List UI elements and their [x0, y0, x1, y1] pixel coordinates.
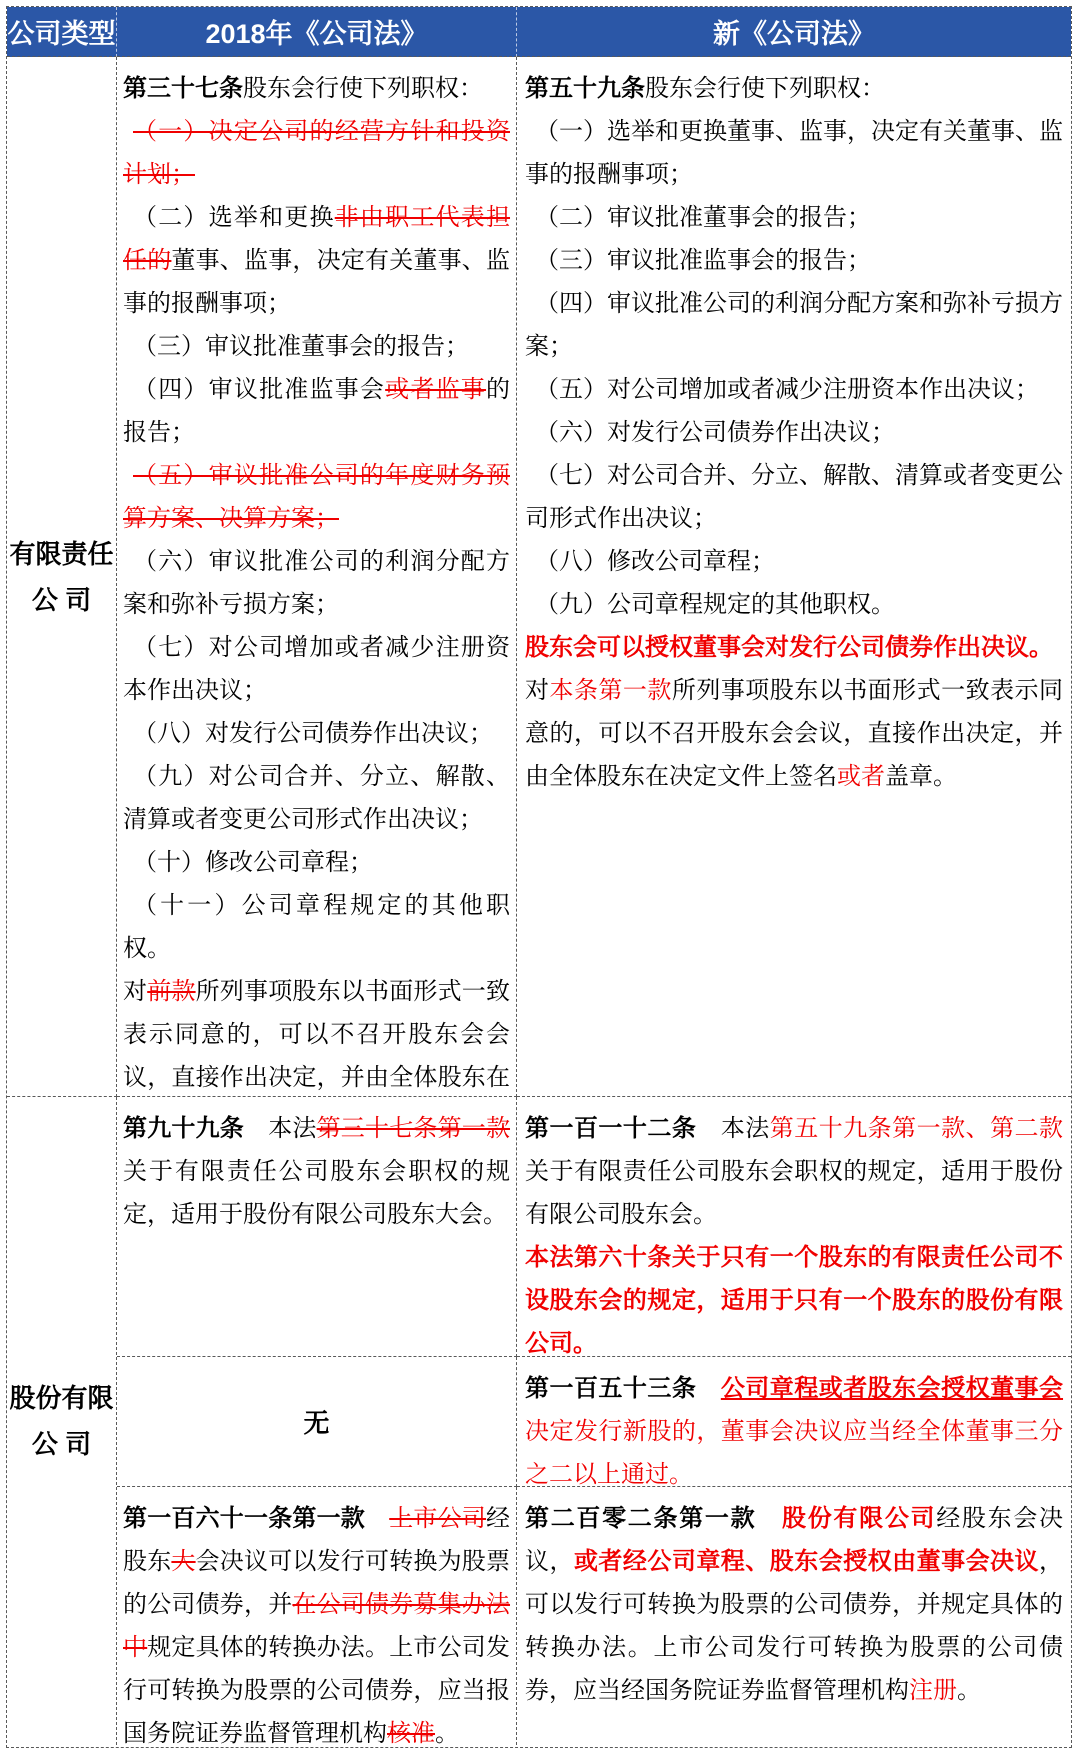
none-text: 无	[303, 1403, 329, 1440]
paragraph: 第一百五十三条 公司章程或者股东会授权董事会决定发行新股的，董事会决议应当经全体…	[525, 1367, 1063, 1487]
paragraph: （一）决定公司的经营方针和投资计划；	[123, 110, 510, 196]
paragraph: （四）审议批准公司的利润分配方案和弥补亏损方案；	[525, 282, 1063, 368]
header-law-new-label: 新《公司法》	[713, 12, 875, 51]
cell-jsc-sub3-law2018: 第一百六十一条第一款 上市公司经股东大会决议可以发行可转换为股票的公司债券，并在…	[117, 1487, 517, 1745]
paragraph: （十）修改公司章程；	[123, 841, 510, 884]
row-jsc-type-line1: 股份有限	[9, 1375, 113, 1421]
paragraph: （六）审议批准公司的利润分配方案和弥补亏损方案；	[123, 540, 510, 626]
paragraph: （七）对公司合并、分立、解散、清算或者变更公司形式作出决议；	[525, 454, 1063, 540]
cell-jsc-sub3-lawnew: 第二百零二条第一款 股份有限公司经股东会决议，或者经公司章程、股东会授权由董事会…	[517, 1487, 1071, 1745]
paragraph: （九）对公司合并、分立、解散、清算或者变更公司形式作出决议；	[123, 755, 510, 841]
paragraph: （一）选举和更换董事、监事，决定有关董事、监事的报酬事项；	[525, 110, 1063, 196]
row-llc-type-label: 有限责任 公 司	[7, 57, 117, 1097]
paragraph: 股东会可以授权董事会对发行公司债券作出决议。	[525, 626, 1063, 669]
cell-jsc-sub1-law2018: 第九十九条 本法第三十七条第一款关于有限责任公司股东会职权的规定，适用于股份有限…	[117, 1097, 517, 1357]
header-law-2018-label: 2018年《公司法》	[205, 12, 427, 51]
paragraph: 第一百六十一条第一款 上市公司经股东大会决议可以发行可转换为股票的公司债券，并在…	[123, 1497, 510, 1745]
header-law-new: 新《公司法》	[517, 7, 1071, 57]
row-jsc-type-line2: 公 司	[32, 1421, 91, 1467]
row-jsc-type-label: 股份有限 公 司	[7, 1097, 117, 1745]
paragraph: 第九十九条 本法第三十七条第一款关于有限责任公司股东会职权的规定，适用于股份有限…	[123, 1107, 510, 1236]
paragraph: （八）对发行公司债券作出决议；	[123, 712, 510, 755]
cell-llc-lawnew: 第五十九条股东会行使下列职权：（一）选举和更换董事、监事，决定有关董事、监事的报…	[517, 57, 1071, 1097]
cell-jsc-sub2-lawnew: 第一百五十三条 公司章程或者股东会授权董事会决定发行新股的，董事会决议应当经全体…	[517, 1357, 1071, 1487]
paragraph: 第五十九条股东会行使下列职权：	[525, 67, 1063, 110]
paragraph: （五）对公司增加或者减少注册资本作出决议；	[525, 368, 1063, 411]
row-llc-type-line2: 公 司	[32, 577, 91, 623]
paragraph: （八）修改公司章程；	[525, 540, 1063, 583]
cell-jsc-sub2-law2018-none: 无	[117, 1357, 517, 1487]
paragraph: （二）选举和更换非由职工代表担任的董事、监事，决定有关董事、监事的报酬事项；	[123, 196, 510, 325]
paragraph: 对本条第一款所列事项股东以书面形式一致表示同意的，可以不召开股东会会议，直接作出…	[525, 669, 1063, 798]
paragraph: （六）对发行公司债券作出决议；	[525, 411, 1063, 454]
paragraph: 第二百零二条第一款 股份有限公司经股东会决议，或者经公司章程、股东会授权由董事会…	[525, 1497, 1063, 1712]
cell-jsc-sub1-lawnew: 第一百一十二条 本法第五十九条第一款、第二款关于有限责任公司股东会职权的规定，适…	[517, 1097, 1071, 1357]
paragraph: 对前款所列事项股东以书面形式一致表示同意的，可以不召开股东会会议，直接作出决定，…	[123, 970, 510, 1097]
paragraph: （四）审议批准监事会或者监事的报告；	[123, 368, 510, 454]
paragraph: （九）公司章程规定的其他职权。	[525, 583, 1063, 626]
paragraph: （五）审议批准公司的年度财务预算方案、决算方案；	[123, 454, 510, 540]
paragraph: （三）审议批准监事会的报告；	[525, 239, 1063, 282]
paragraph: （十一）公司章程规定的其他职权。	[123, 884, 510, 970]
paragraph: （二）审议批准董事会的报告；	[525, 196, 1063, 239]
header-company-type-label: 公司类型	[8, 12, 116, 51]
row-llc-type-line1: 有限责任	[9, 531, 113, 577]
cell-llc-law2018: 第三十七条股东会行使下列职权：（一）决定公司的经营方针和投资计划；（二）选举和更…	[117, 57, 517, 1097]
paragraph: （三）审议批准董事会的报告；	[123, 325, 510, 368]
paragraph: 本法第六十条关于只有一个股东的有限责任公司不设股东会的规定，适用于只有一个股东的…	[525, 1236, 1063, 1357]
paragraph: 第一百一十二条 本法第五十九条第一款、第二款关于有限责任公司股东会职权的规定，适…	[525, 1107, 1063, 1236]
paragraph: （七）对公司增加或者减少注册资本作出决议；	[123, 626, 510, 712]
header-company-type: 公司类型	[7, 7, 117, 57]
comparison-table: 公司类型 2018年《公司法》 新《公司法》 有限责任 公 司 第三十七条股东会…	[6, 6, 1072, 1748]
header-law-2018: 2018年《公司法》	[117, 7, 517, 57]
paragraph: 第三十七条股东会行使下列职权：	[123, 67, 510, 110]
